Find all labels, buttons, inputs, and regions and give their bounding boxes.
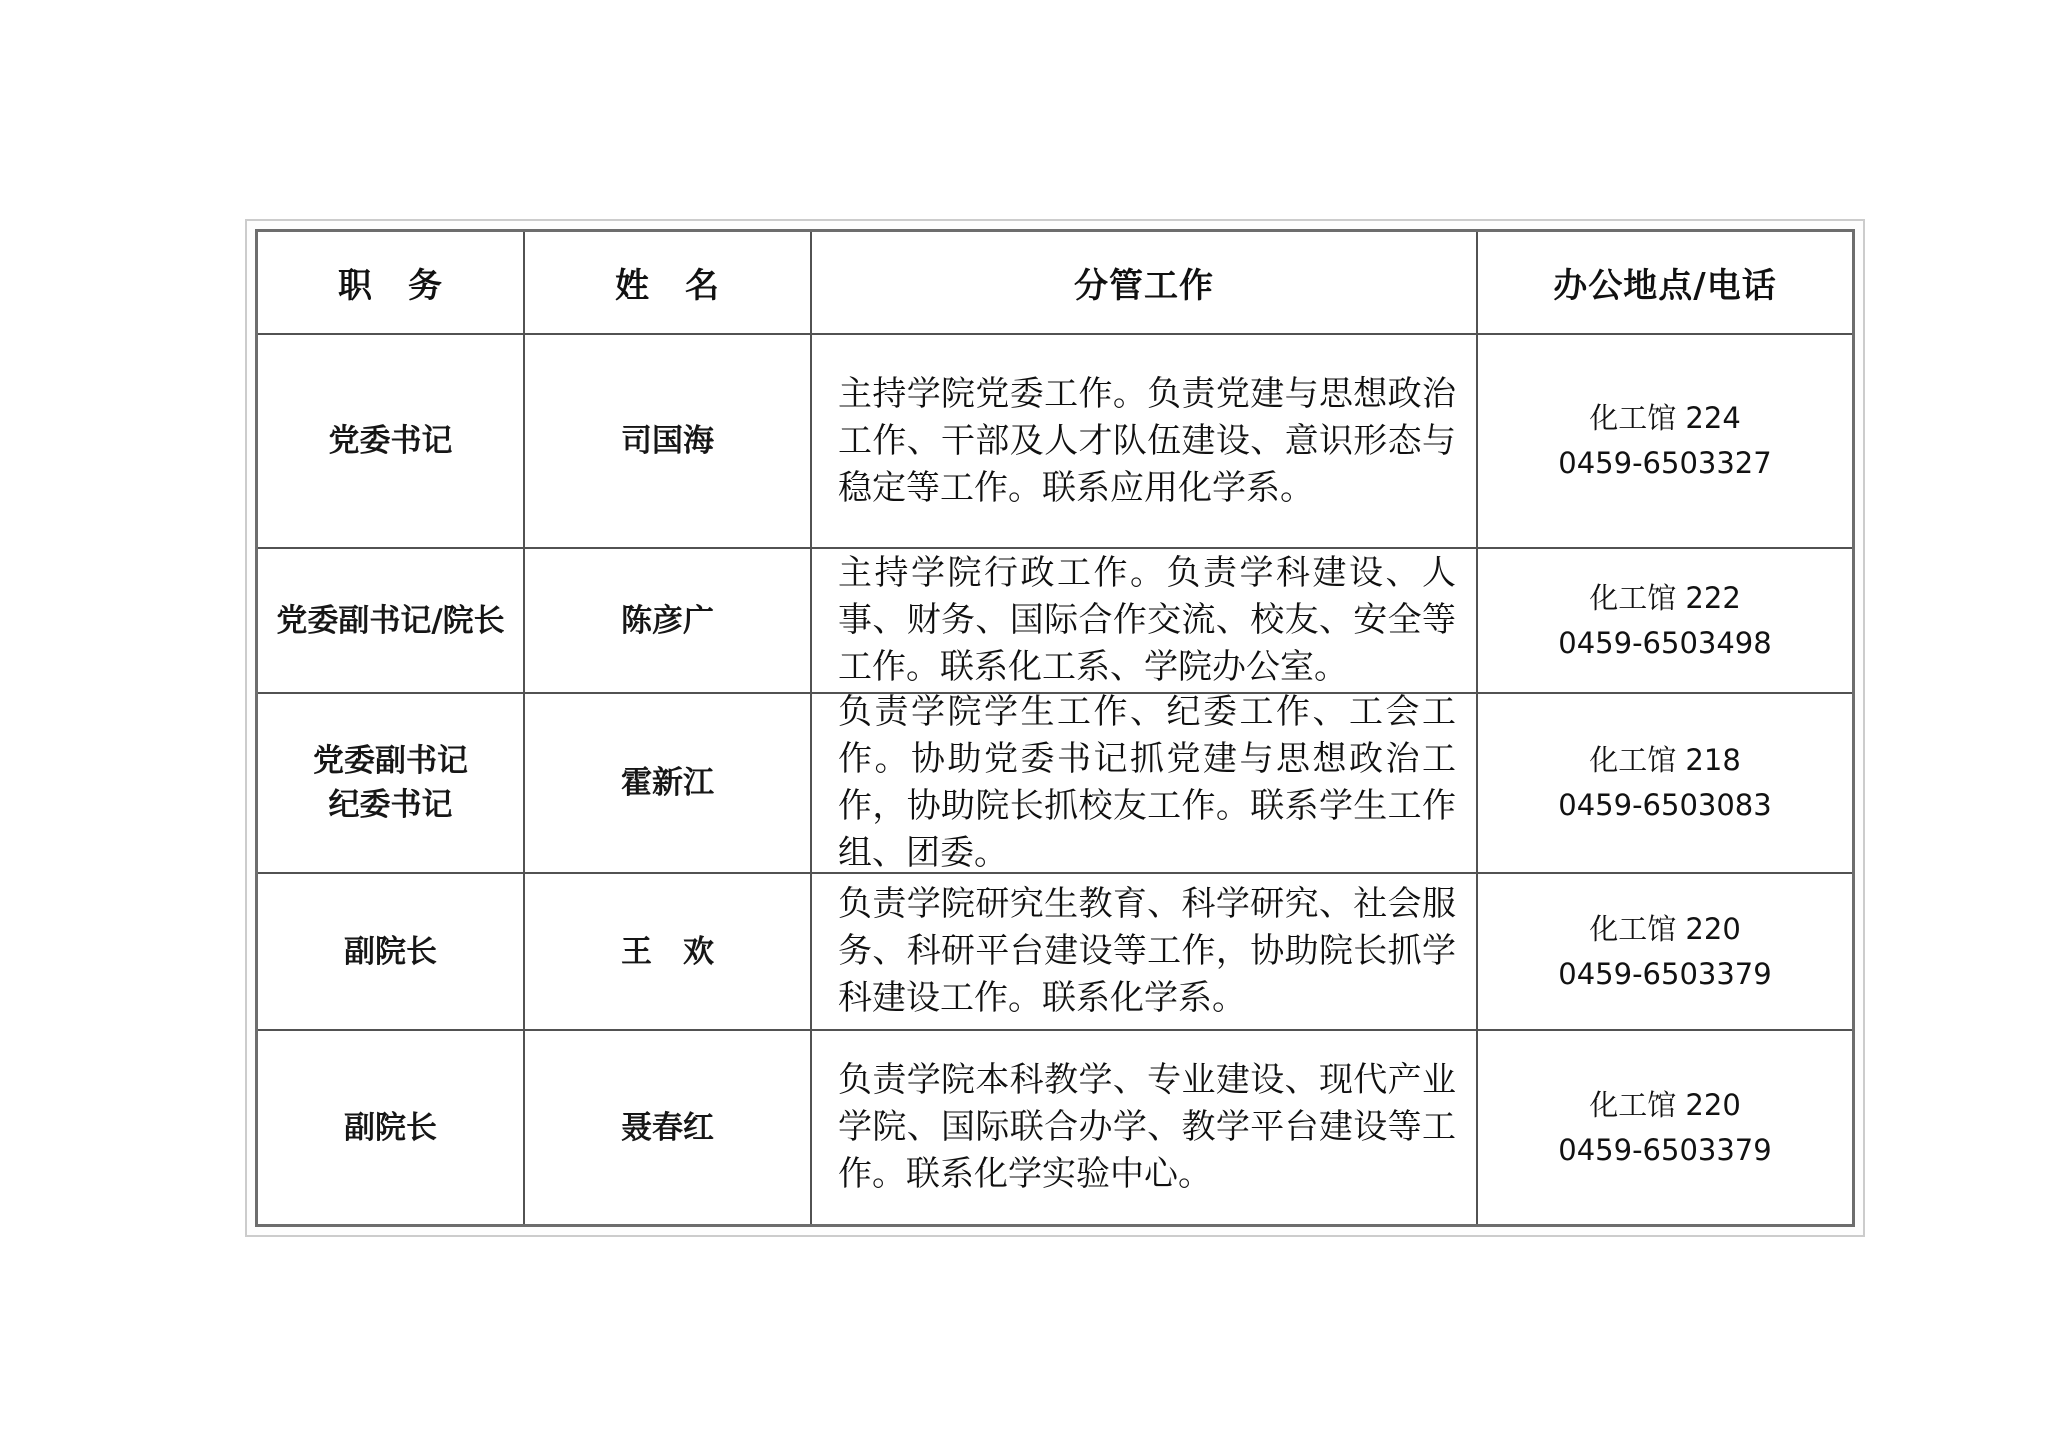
office-phone: 0459-6503379 (1558, 1128, 1771, 1173)
duties-cell: 主持学院行政工作。负责学科建设、人事、财务、国际合作交流、校友、安全等工作。联系… (812, 549, 1478, 694)
office-phone-cell: 化工馆 218 0459-6503083 (1478, 694, 1852, 874)
office-phone-cell: 化工馆 220 0459-6503379 (1478, 1031, 1852, 1224)
office-phone-cell: 化工馆 220 0459-6503379 (1478, 874, 1852, 1031)
office-phone-cell: 化工馆 222 0459-6503498 (1478, 549, 1852, 694)
duties-text: 主持学院行政工作。负责学科建设、人事、财务、国际合作交流、校友、安全等工作。联系… (838, 550, 1456, 691)
header-position: 职 务 (258, 232, 525, 335)
office-location: 化工馆 218 (1589, 738, 1741, 783)
position-cell: 党委副书记/院长 (258, 549, 525, 694)
office-phone-cell: 化工馆 224 0459-6503327 (1478, 335, 1852, 549)
position-cell: 党委书记 (258, 335, 525, 549)
position-cell: 党委副书记 纪委书记 (258, 694, 525, 874)
name-cell: 王 欢 (525, 874, 812, 1031)
header-duties: 分管工作 (812, 232, 1478, 335)
duties-cell: 负责学院本科教学、专业建设、现代产业学院、国际联合办学、教学平台建设等工作。联系… (812, 1031, 1478, 1224)
name-cell: 司国海 (525, 335, 812, 549)
office-location: 化工馆 220 (1589, 907, 1741, 952)
office-location: 化工馆 224 (1589, 396, 1741, 441)
office-location: 化工馆 220 (1589, 1083, 1741, 1128)
duties-cell: 主持学院党委工作。负责党建与思想政治工作、干部及人才队伍建设、意识形态与稳定等工… (812, 335, 1478, 549)
duties-text: 负责学院学生工作、纪委工作、工会工作。协助党委书记抓党建与思想政治工作，协助院长… (838, 694, 1456, 874)
header-name: 姓 名 (525, 232, 812, 335)
duties-cell: 负责学院研究生教育、科学研究、社会服务、科研平台建设等工作，协助院长抓学科建设工… (812, 874, 1478, 1031)
position-cell: 副院长 (258, 1031, 525, 1224)
name-cell: 霍新江 (525, 694, 812, 874)
duties-text: 主持学院党委工作。负责党建与思想政治工作、干部及人才队伍建设、意识形态与稳定等工… (838, 371, 1456, 512)
name-cell: 陈彦广 (525, 549, 812, 694)
office-location: 化工馆 222 (1589, 576, 1741, 621)
duties-text: 负责学院研究生教育、科学研究、社会服务、科研平台建设等工作，协助院长抓学科建设工… (838, 881, 1456, 1022)
header-office-phone: 办公地点/电话 (1478, 232, 1852, 335)
duties-cell: 负责学院学生工作、纪委工作、工会工作。协助党委书记抓党建与思想政治工作，协助院长… (812, 694, 1478, 874)
office-phone: 0459-6503327 (1558, 441, 1771, 486)
office-phone: 0459-6503379 (1558, 952, 1771, 997)
office-phone: 0459-6503498 (1558, 621, 1771, 666)
office-phone: 0459-6503083 (1558, 783, 1771, 828)
position-cell: 副院长 (258, 874, 525, 1031)
leadership-table-frame: 职 务 姓 名 分管工作 办公地点/电话 党委书记 司国海 主持学院党委工作。负… (245, 219, 1865, 1237)
name-cell: 聂春红 (525, 1031, 812, 1224)
leadership-table: 职 务 姓 名 分管工作 办公地点/电话 党委书记 司国海 主持学院党委工作。负… (255, 229, 1855, 1227)
duties-text: 负责学院本科教学、专业建设、现代产业学院、国际联合办学、教学平台建设等工作。联系… (838, 1057, 1456, 1198)
